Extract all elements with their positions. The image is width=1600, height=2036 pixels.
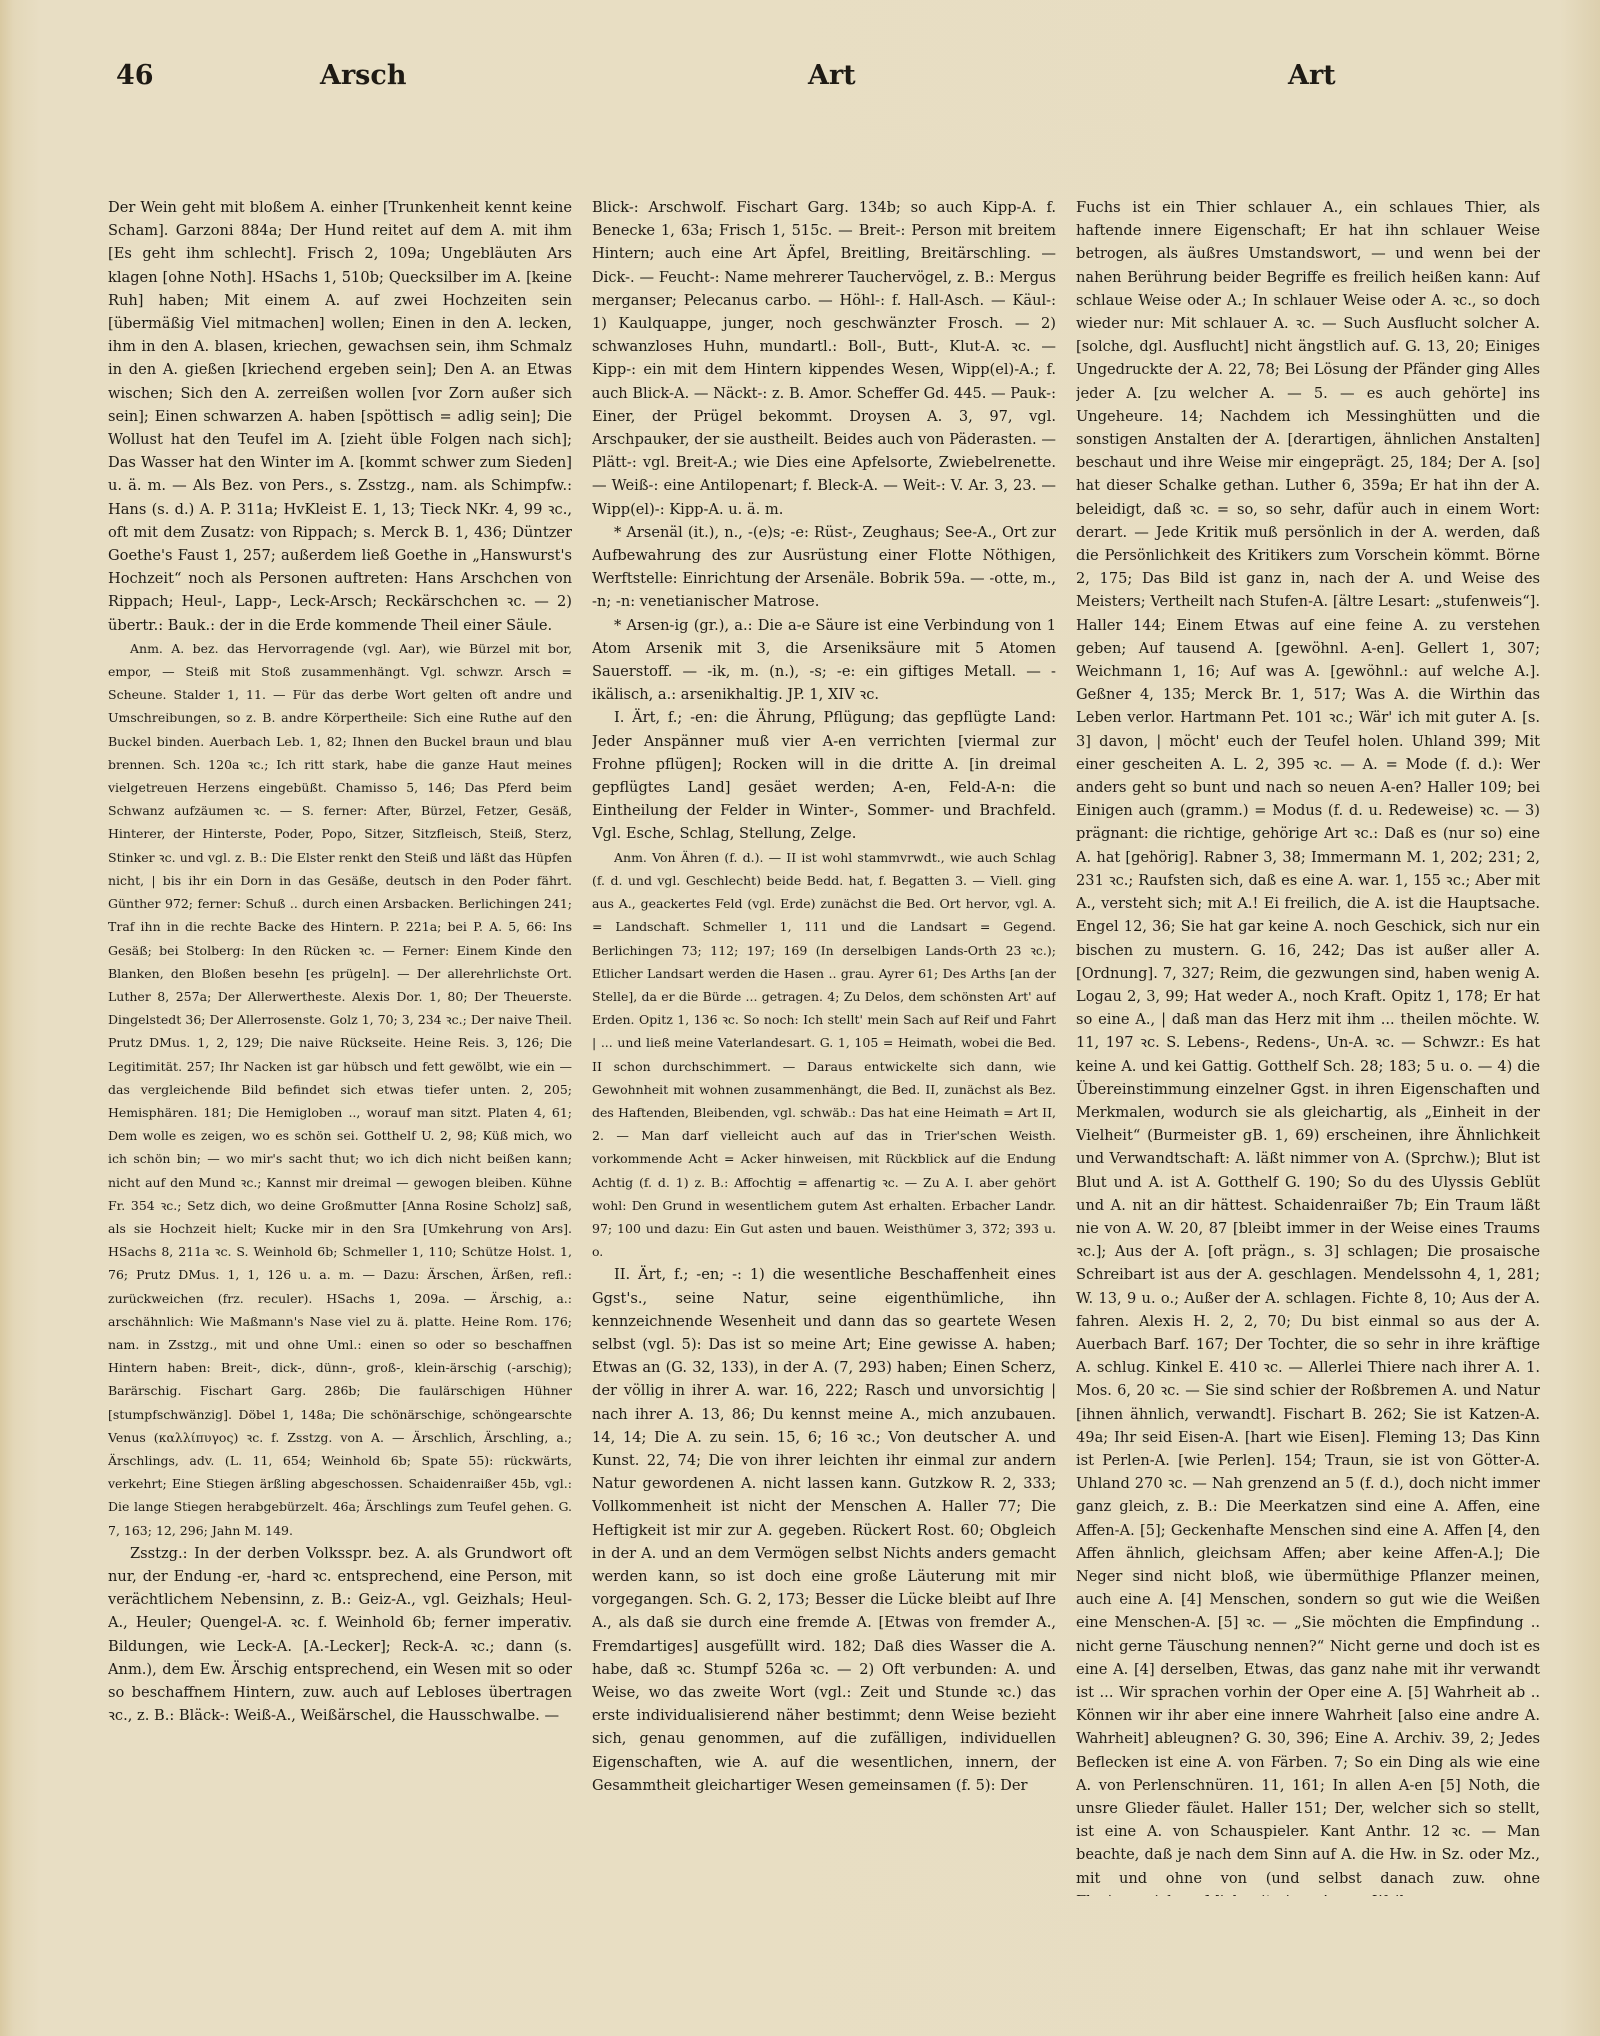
right-catchword: Art (1288, 60, 1336, 91)
paragraph: Der Wein geht mit bloßem A. einher [Trun… (108, 196, 572, 637)
left-catchword: Arsch (320, 60, 406, 91)
paragraph-note: Anm. Von Ähren (f. d.). — II ist wohl st… (592, 846, 1056, 1264)
running-header: 46 Arsch Art Art (0, 60, 1600, 100)
center-catchword: Art (808, 60, 856, 91)
paragraph: Zsstzg.: In der derben Volksspr. bez. A.… (108, 1542, 572, 1728)
entry-arsenig: * Arsen-ig (gr.), a.: Die a-e Säure ist … (592, 614, 1056, 707)
page-number: 46 (116, 60, 154, 91)
paragraph: Blick-: Arschwolf. Fischart Garg. 134b; … (592, 196, 1056, 521)
text-columns: Der Wein geht mit bloßem A. einher [Trun… (108, 196, 1540, 1896)
paragraph-note: Anm. A. bez. das Hervorragende (vgl. Aar… (108, 637, 572, 1542)
entry-art-1: I. Ärt, f.; -en: die Ährung, Pflügung; d… (592, 706, 1056, 845)
column-1: Der Wein geht mit bloßem A. einher [Trun… (108, 196, 572, 1896)
column-2: Blick-: Arschwolf. Fischart Garg. 134b; … (592, 196, 1056, 1896)
paragraph: Fuchs ist ein Thier schlauer A., ein sch… (1076, 196, 1540, 1896)
dictionary-page: 46 Arsch Art Art Der Wein geht mit bloße… (0, 0, 1600, 2036)
column-3: Fuchs ist ein Thier schlauer A., ein sch… (1076, 196, 1540, 1896)
entry-arsenal: * Arsenäl (it.), n., -(e)s; -e: Rüst-, Z… (592, 521, 1056, 614)
entry-art-2: II. Ärt, f.; -en; -: 1) die wesentliche … (592, 1263, 1056, 1797)
